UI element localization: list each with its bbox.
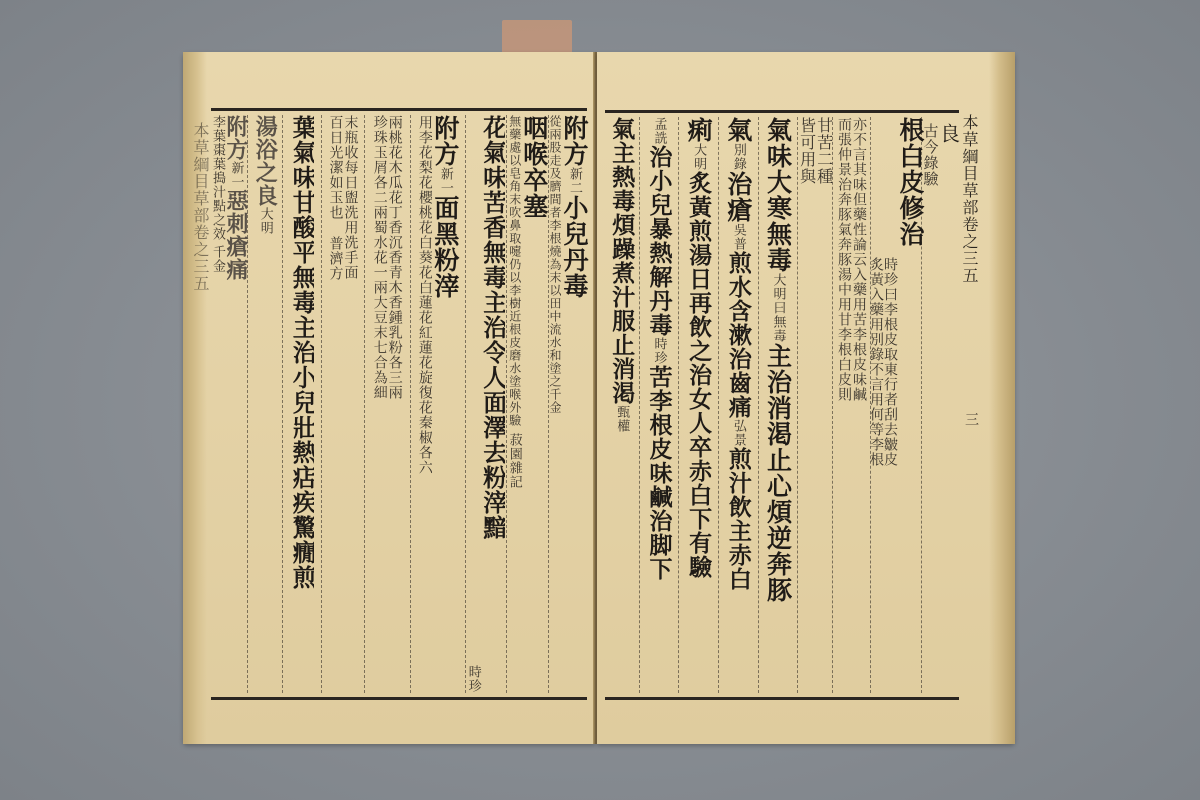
text-column: 良 古今錄驗 — [921, 117, 959, 693]
main-text: 湯浴之良 — [254, 115, 276, 207]
main-text: 花氣味苦香無毒主治令人面澤去粉滓黯 — [481, 115, 505, 675]
note: 大明曰無毒 — [772, 273, 785, 343]
right-page: 本草綱目草部卷之三五 三 良 古今錄驗 根白皮修治 時珍曰李根皮取東行者刮去皺皮… — [597, 52, 1015, 744]
note: 珍珠玉屑各二兩蜀水花一兩大豆末七合為細 — [373, 115, 387, 693]
note: 時珍 — [467, 665, 480, 693]
heading-fufang: 附方 — [225, 115, 247, 161]
text-column: 咽喉卒塞 無藥處以皂角末吹鼻取嚏仍以李樹近根皮磨水塗喉外驗 菽園雜記 — [506, 115, 548, 693]
main-text: 葉氣味甘酸平無毒主治小兒壯熱痁疾驚癇煎 — [290, 115, 314, 693]
text-column: 末瓶收每日盥洗用洗手面 百日光潔如玉也 普濟方 — [321, 115, 363, 693]
note: 吳普 — [732, 223, 745, 251]
note: 炙黃入藥用別錄不言用何等李根 — [869, 257, 883, 467]
right-margin-title: 本草綱目草部卷之三五 — [958, 114, 981, 284]
note: 兩桃花木瓜花丁香沉香青木香鍾乳粉各三兩 — [388, 115, 402, 693]
main-text: 惡刺瘡痛 — [225, 189, 247, 281]
main-text: 煎水含漱治齒痛 — [727, 251, 750, 419]
text-column: 根白皮修治 時珍曰李根皮取東行者刮去皺皮 炙黃入藥用別錄不言用何等李根 — [870, 117, 921, 693]
main-text: 氣主熱毒煩躁煮汁服止消渇 — [610, 117, 633, 405]
note: 時珍 — [652, 337, 665, 365]
text-column: 亦不言其味但藥性論云入藥用苦李根皮味鹹 而張仲景治奔豚氣奔豚湯中用甘李根白皮則 — [832, 117, 870, 693]
main-text: 根白皮修治 — [898, 117, 923, 247]
page-number: 三 — [961, 412, 981, 426]
main-text: 咽喉卒塞 — [522, 115, 547, 219]
text-column: 花氣味苦香無毒主治令人面澤去粉滓黯 時珍 — [465, 115, 506, 693]
text-column: 兩桃花木瓜花丁香沉香青木香鍾乳粉各三兩 珍珠玉屑各二兩蜀水花一兩大豆末七合為細 — [364, 115, 410, 693]
main-text: 苦李根皮味鹹治脚下 — [647, 365, 670, 581]
note: 大明 — [259, 207, 272, 235]
note: 大明 — [692, 143, 705, 171]
note: 普濟方 — [328, 236, 342, 281]
text-column: 附方 新一 面黑粉滓 用李花梨花櫻桃花白葵花白蓮花紅蓮花旋復花秦椒各六 — [410, 115, 465, 693]
note: 別錄 — [732, 143, 745, 171]
left-text-frame: 附方 新二 小兒丹毒 從兩股走及臍間者李根燒為末以田中流水和塗之千金 咽喉卒塞 … — [211, 108, 587, 700]
right-text-frame: 良 古今錄驗 根白皮修治 時珍曰李根皮取東行者刮去皺皮 炙黃入藥用別錄不言用何等… — [605, 110, 959, 700]
note: 良 — [939, 123, 959, 693]
note: 菽園雜記 — [508, 433, 521, 489]
main-text: 煎汁飲主赤白 — [727, 447, 750, 591]
main-text: 痢 — [686, 117, 711, 143]
left-margin-title: 本草綱目草部卷之三五 — [189, 122, 212, 292]
text-column: 孟詵 治小兒暴熱解丹毒 時珍 苦李根皮味鹹治脚下 — [639, 117, 679, 693]
text-column: 痢 大明 炙黃煎湯日再飲之治女人卒赤白下有驗 — [678, 117, 718, 693]
note: 皆可用與 — [799, 117, 815, 693]
main-text: 面黑粉滓 — [433, 195, 458, 299]
text-column: 氣 別錄 治瘡 吳普 煎水含漱治齒痛 弘景 煎汁飲主赤白 — [718, 117, 758, 693]
note: 孟詵 — [652, 117, 665, 145]
main-text: 小兒丹毒 — [562, 195, 587, 299]
note: 百日光潔如玉也 — [328, 115, 342, 220]
left-page: 本草綱目草部卷之三五 附方 新二 小兒丹毒 從兩股走及臍間者李根燒為末以田中流水… — [183, 52, 595, 744]
note: 而張仲景治奔豚氣奔豚湯中用甘李根白皮則 — [837, 117, 851, 693]
text-column: 氣味大寒無毒 大明曰無毒 主治消渇止心煩逆奔豚 — [758, 117, 798, 693]
note: 甄權 — [615, 405, 628, 433]
heading-fufang: 附方 — [433, 115, 458, 167]
main-text: 氣味大寒無毒 — [766, 117, 791, 273]
note: 用李花梨花櫻桃花白葵花白蓮花紅蓮花旋復花秦椒各六 — [418, 115, 432, 675]
main-text: 治小兒暴熱解丹毒 — [647, 145, 670, 337]
main-text: 治瘡 — [726, 171, 751, 223]
text-column: 湯浴之良 大明 — [247, 115, 282, 693]
text-column: 附方 新二 小兒丹毒 從兩股走及臍間者李根燒為末以田中流水和塗之千金 — [548, 115, 587, 693]
note: 新一 — [439, 167, 452, 195]
main-text: 氣 — [726, 117, 751, 143]
note: 亦不言其味但藥性論云入藥用苦李根皮味鹹 — [852, 117, 866, 693]
note: 新二 — [568, 167, 581, 195]
heading-fufang: 附方 — [562, 115, 587, 167]
main-text: 主治消渇止心煩逆奔豚 — [766, 343, 791, 603]
text-column: 甘苦二種 皆可用與 — [797, 117, 832, 693]
note: 無藥處以皂角末吹鼻取嚏仍以李樹近根皮磨水塗喉外驗 — [508, 115, 521, 427]
note: 末瓶收每日盥洗用洗手面 — [343, 115, 357, 693]
text-column: 葉氣味甘酸平無毒主治小兒壯熱痁疾驚癇煎 — [282, 115, 321, 693]
main-text: 炙黃煎湯日再飲之治女人卒赤白下有驗 — [687, 171, 710, 579]
note: 弘景 — [732, 419, 745, 447]
text-column: 附方 新一 惡刺瘡痛 李葉棗葉搗汁點之效 千金 — [211, 115, 247, 693]
open-book: 本草綱目草部卷之三五 附方 新二 小兒丹毒 從兩股走及臍間者李根燒為末以田中流水… — [183, 52, 1015, 748]
note: 甘苦二種 — [816, 117, 832, 693]
note: 新一 — [230, 161, 243, 189]
note: 時珍曰李根皮取東行者刮去皺皮 — [883, 257, 897, 467]
text-column: 氣主熱毒煩躁煮汁服止消渇 甄權 — [605, 117, 639, 693]
